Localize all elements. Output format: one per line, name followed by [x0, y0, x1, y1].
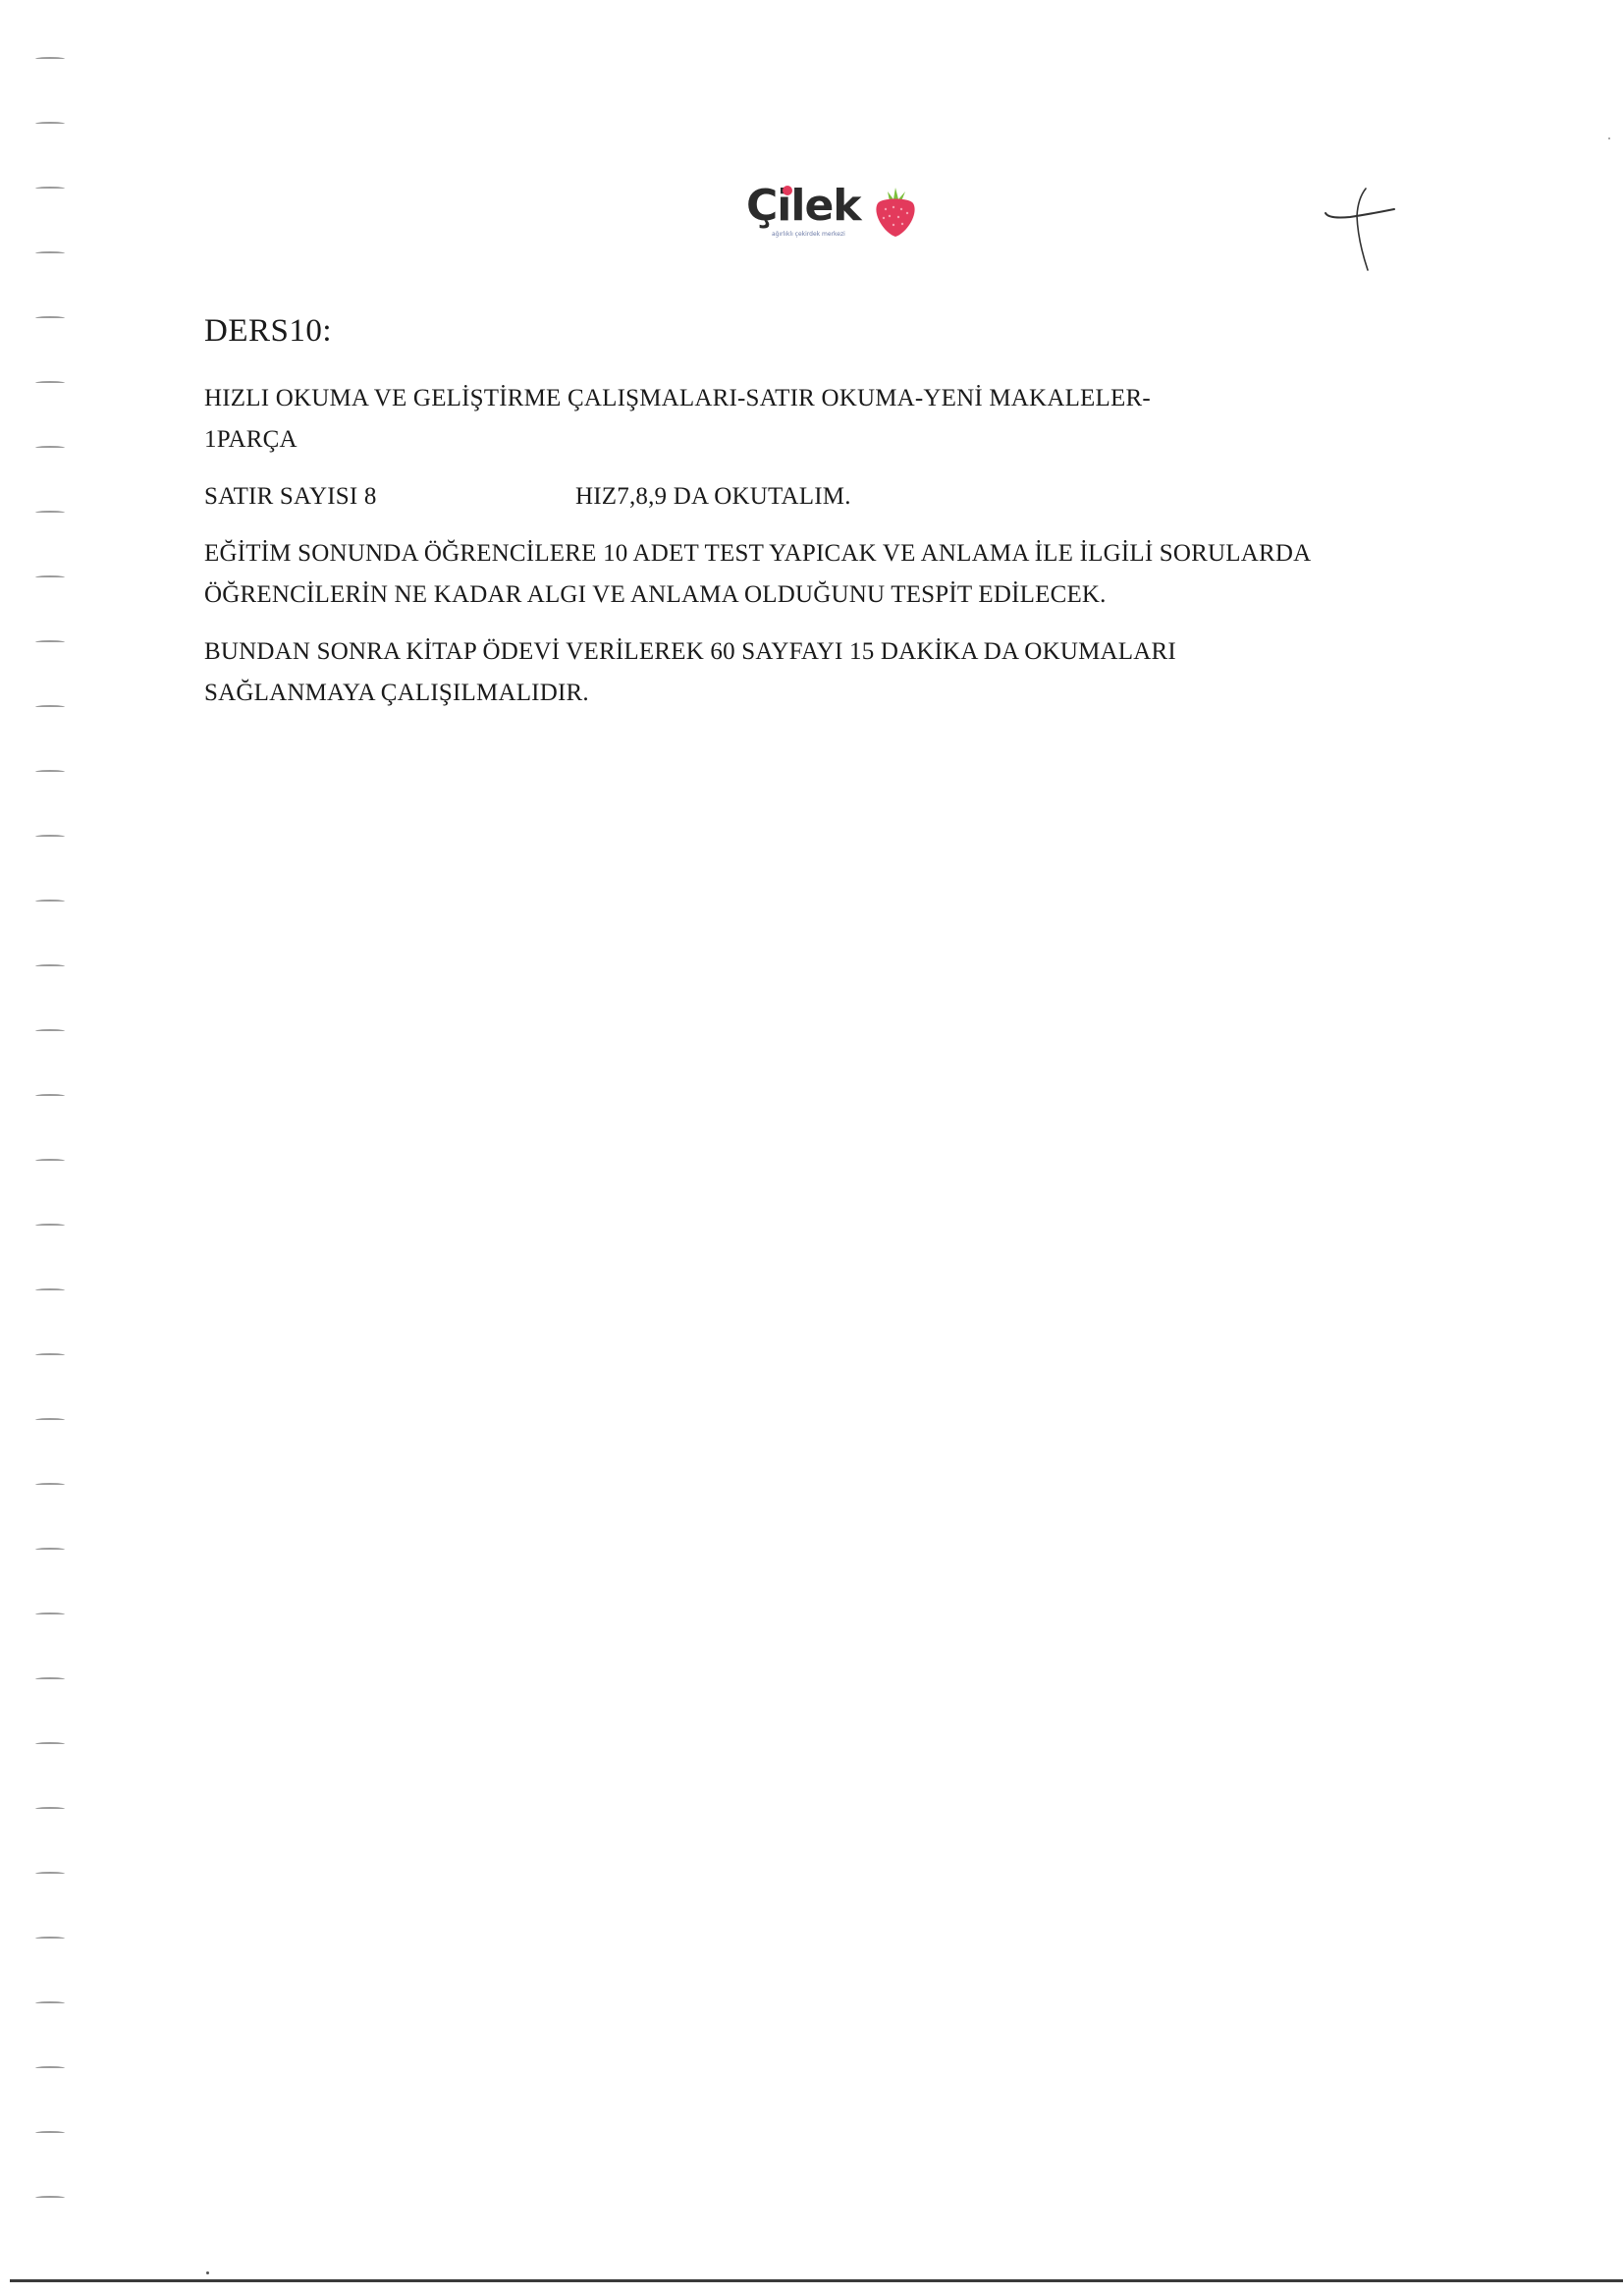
margin-tick [35, 1937, 65, 1941]
margin-tick [35, 1742, 65, 1746]
paragraph-test-evaluation: EĞİTİM SONUNDA ÖĞRENCİLERE 10 ADET TEST … [204, 533, 1412, 616]
margin-tick [35, 2001, 65, 2005]
paragraph-topic: HIZLI OKUMA VE GELİŞTİRME ÇALIŞMALARI-SA… [204, 378, 1225, 461]
margin-tick [35, 2066, 65, 2070]
paragraph-line-count-speed: SATIR SAYISI 8 HIZ7,8,9 DA OKUTALIM. [204, 476, 1432, 518]
binder-margin-ticks [35, 0, 75, 2259]
margin-tick [35, 187, 65, 191]
logo-tagline: ağırlıklı çekirdek merkezi [772, 231, 845, 238]
margin-tick [35, 251, 65, 255]
document-body: DERS10: HIZLI OKUMA VE GELİŞTİRME ÇALIŞM… [204, 309, 1432, 730]
margin-tick [35, 1872, 65, 1876]
paragraph-book-homework: BUNDAN SONRA KİTAP ÖDEVİ VERİLEREK 60 SA… [204, 631, 1294, 714]
line-count-text: SATIR SAYISI 8 [204, 476, 575, 518]
scan-speck [1608, 137, 1610, 139]
margin-tick [35, 446, 65, 450]
margin-tick [35, 2196, 65, 2200]
margin-tick [35, 381, 65, 385]
margin-tick [35, 835, 65, 839]
margin-tick [35, 1094, 65, 1098]
margin-tick [35, 1288, 65, 1292]
margin-tick [35, 1159, 65, 1163]
margin-tick [35, 1613, 65, 1616]
cilek-logo: Çilek ağırlıklı çekirdek merkezi [746, 182, 923, 250]
handwritten-plus-mark [1321, 187, 1399, 275]
strawberry-icon [872, 182, 919, 239]
margin-tick [35, 1418, 65, 1422]
margin-tick [35, 2131, 65, 2135]
margin-tick [35, 575, 65, 579]
margin-tick [35, 770, 65, 774]
margin-tick [35, 900, 65, 903]
speed-text: HIZ7,8,9 DA OKUTALIM. [575, 476, 851, 518]
lesson-heading: DERS10: [204, 309, 1432, 353]
logo-wordmark: Çilek [746, 182, 861, 231]
margin-tick [35, 640, 65, 644]
margin-tick [35, 1029, 65, 1033]
margin-tick [35, 1224, 65, 1228]
margin-tick [35, 1807, 65, 1811]
margin-tick [35, 1353, 65, 1357]
margin-tick [35, 316, 65, 320]
scan-speck [206, 2271, 209, 2274]
margin-tick [35, 122, 65, 126]
margin-tick [35, 57, 65, 61]
margin-tick [35, 1483, 65, 1487]
logo-dot [783, 186, 792, 195]
page-bottom-rule [10, 2279, 1623, 2282]
margin-tick [35, 1677, 65, 1681]
margin-tick [35, 705, 65, 709]
margin-tick [35, 1548, 65, 1552]
margin-tick [35, 511, 65, 515]
margin-tick [35, 964, 65, 968]
